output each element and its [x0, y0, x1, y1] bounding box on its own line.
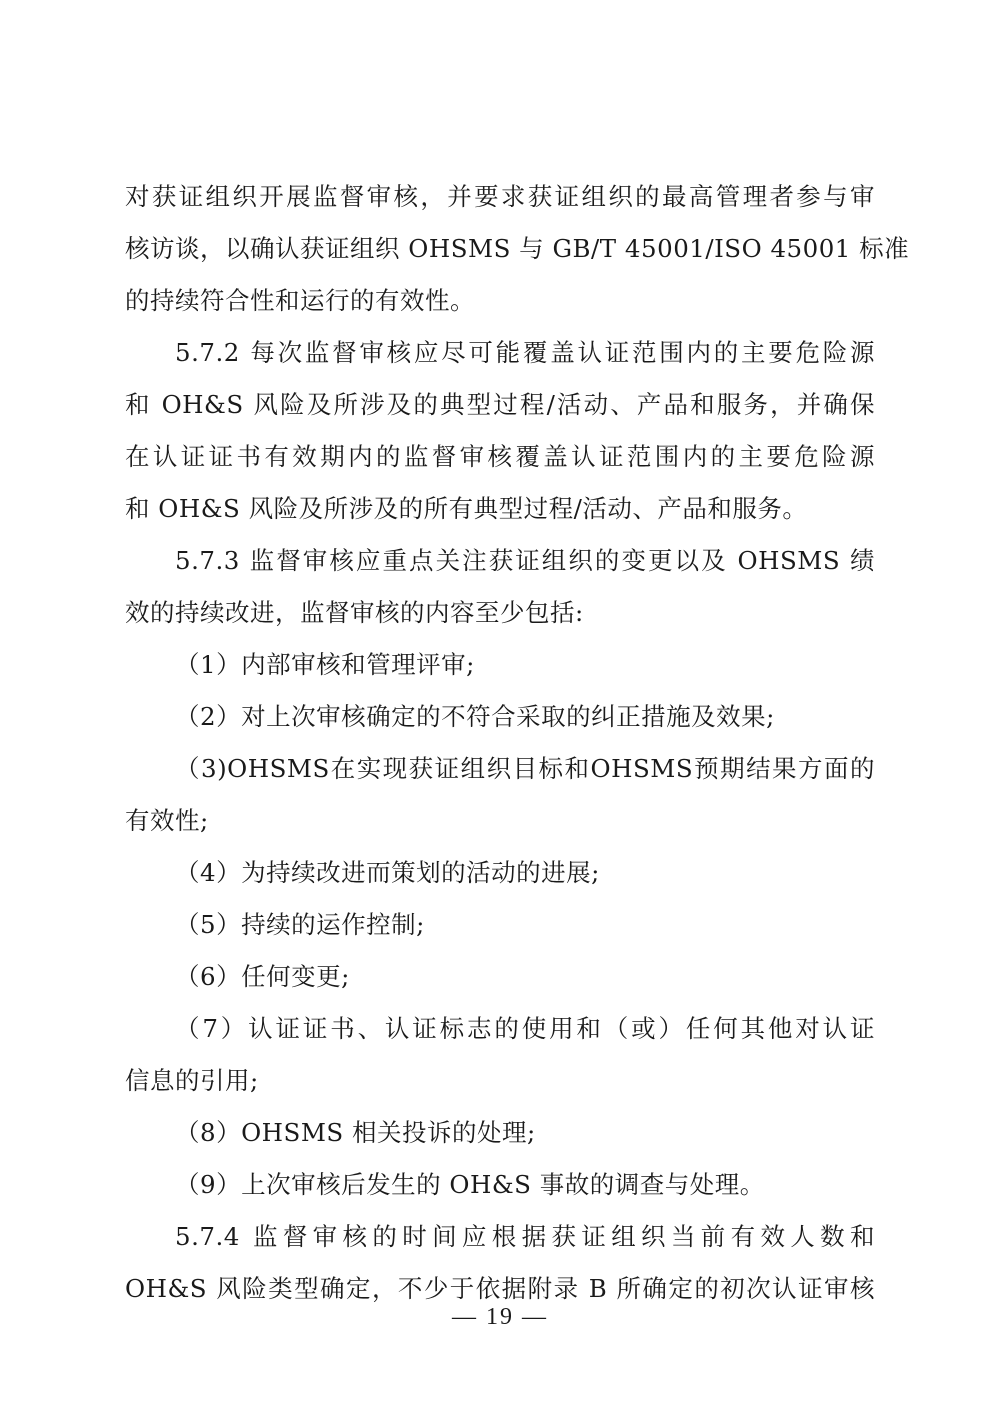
text-line: （3)OHSMS在实现获证组织目标和OHSMS预期结果方面的	[175, 749, 875, 789]
text-line: 和 OH&S 风险及所涉及的典型过程/活动、产品和服务，并确保	[125, 385, 875, 425]
text-line: （7）认证证书、认证标志的使用和（或）任何其他对认证	[175, 1009, 875, 1049]
text-line: （4）为持续改进而策划的活动的进展;	[175, 853, 875, 893]
text-line: 5.7.4 监督审核的时间应根据获证组织当前有效人数和	[175, 1217, 875, 1257]
text-line: OH&S 风险类型确定，不少于依据附录 B 所确定的初次认证审核	[125, 1269, 875, 1309]
text-line: （8）OHSMS 相关投诉的处理;	[175, 1113, 875, 1153]
text-line: 在认证证书有效期内的监督审核覆盖认证范围内的主要危险源	[125, 437, 875, 477]
text-line: 的持续符合性和运行的有效性。	[125, 281, 875, 321]
text-line: 核访谈，以确认获证组织 OHSMS 与 GB/T 45001/ISO 45001…	[125, 229, 875, 269]
text-line: （9）上次审核后发生的 OH&S 事故的调查与处理。	[175, 1165, 875, 1205]
text-line: 5.7.3 监督审核应重点关注获证组织的变更以及 OHSMS 绩	[175, 541, 875, 581]
text-line: 5.7.2 每次监督审核应尽可能覆盖认证范围内的主要危险源	[175, 333, 875, 373]
text-line: 对获证组织开展监督审核，并要求获证组织的最高管理者参与审	[125, 177, 875, 217]
text-line: 效的持续改进，监督审核的内容至少包括:	[125, 593, 875, 633]
text-line: （2）对上次审核确定的不符合采取的纠正措施及效果;	[175, 697, 875, 737]
document-page: 对获证组织开展监督审核，并要求获证组织的最高管理者参与审核访谈，以确认获证组织 …	[0, 0, 1000, 1414]
text-line: （6）任何变更;	[175, 957, 875, 997]
text-line: （1）内部审核和管理评审;	[175, 645, 875, 685]
text-line: 有效性;	[125, 801, 875, 841]
page-number: — 19 —	[0, 1304, 1000, 1331]
text-line: 和 OH&S 风险及所涉及的所有典型过程/活动、产品和服务。	[125, 489, 875, 529]
text-line: 信息的引用;	[125, 1061, 875, 1101]
text-line: （5）持续的运作控制;	[175, 905, 875, 945]
